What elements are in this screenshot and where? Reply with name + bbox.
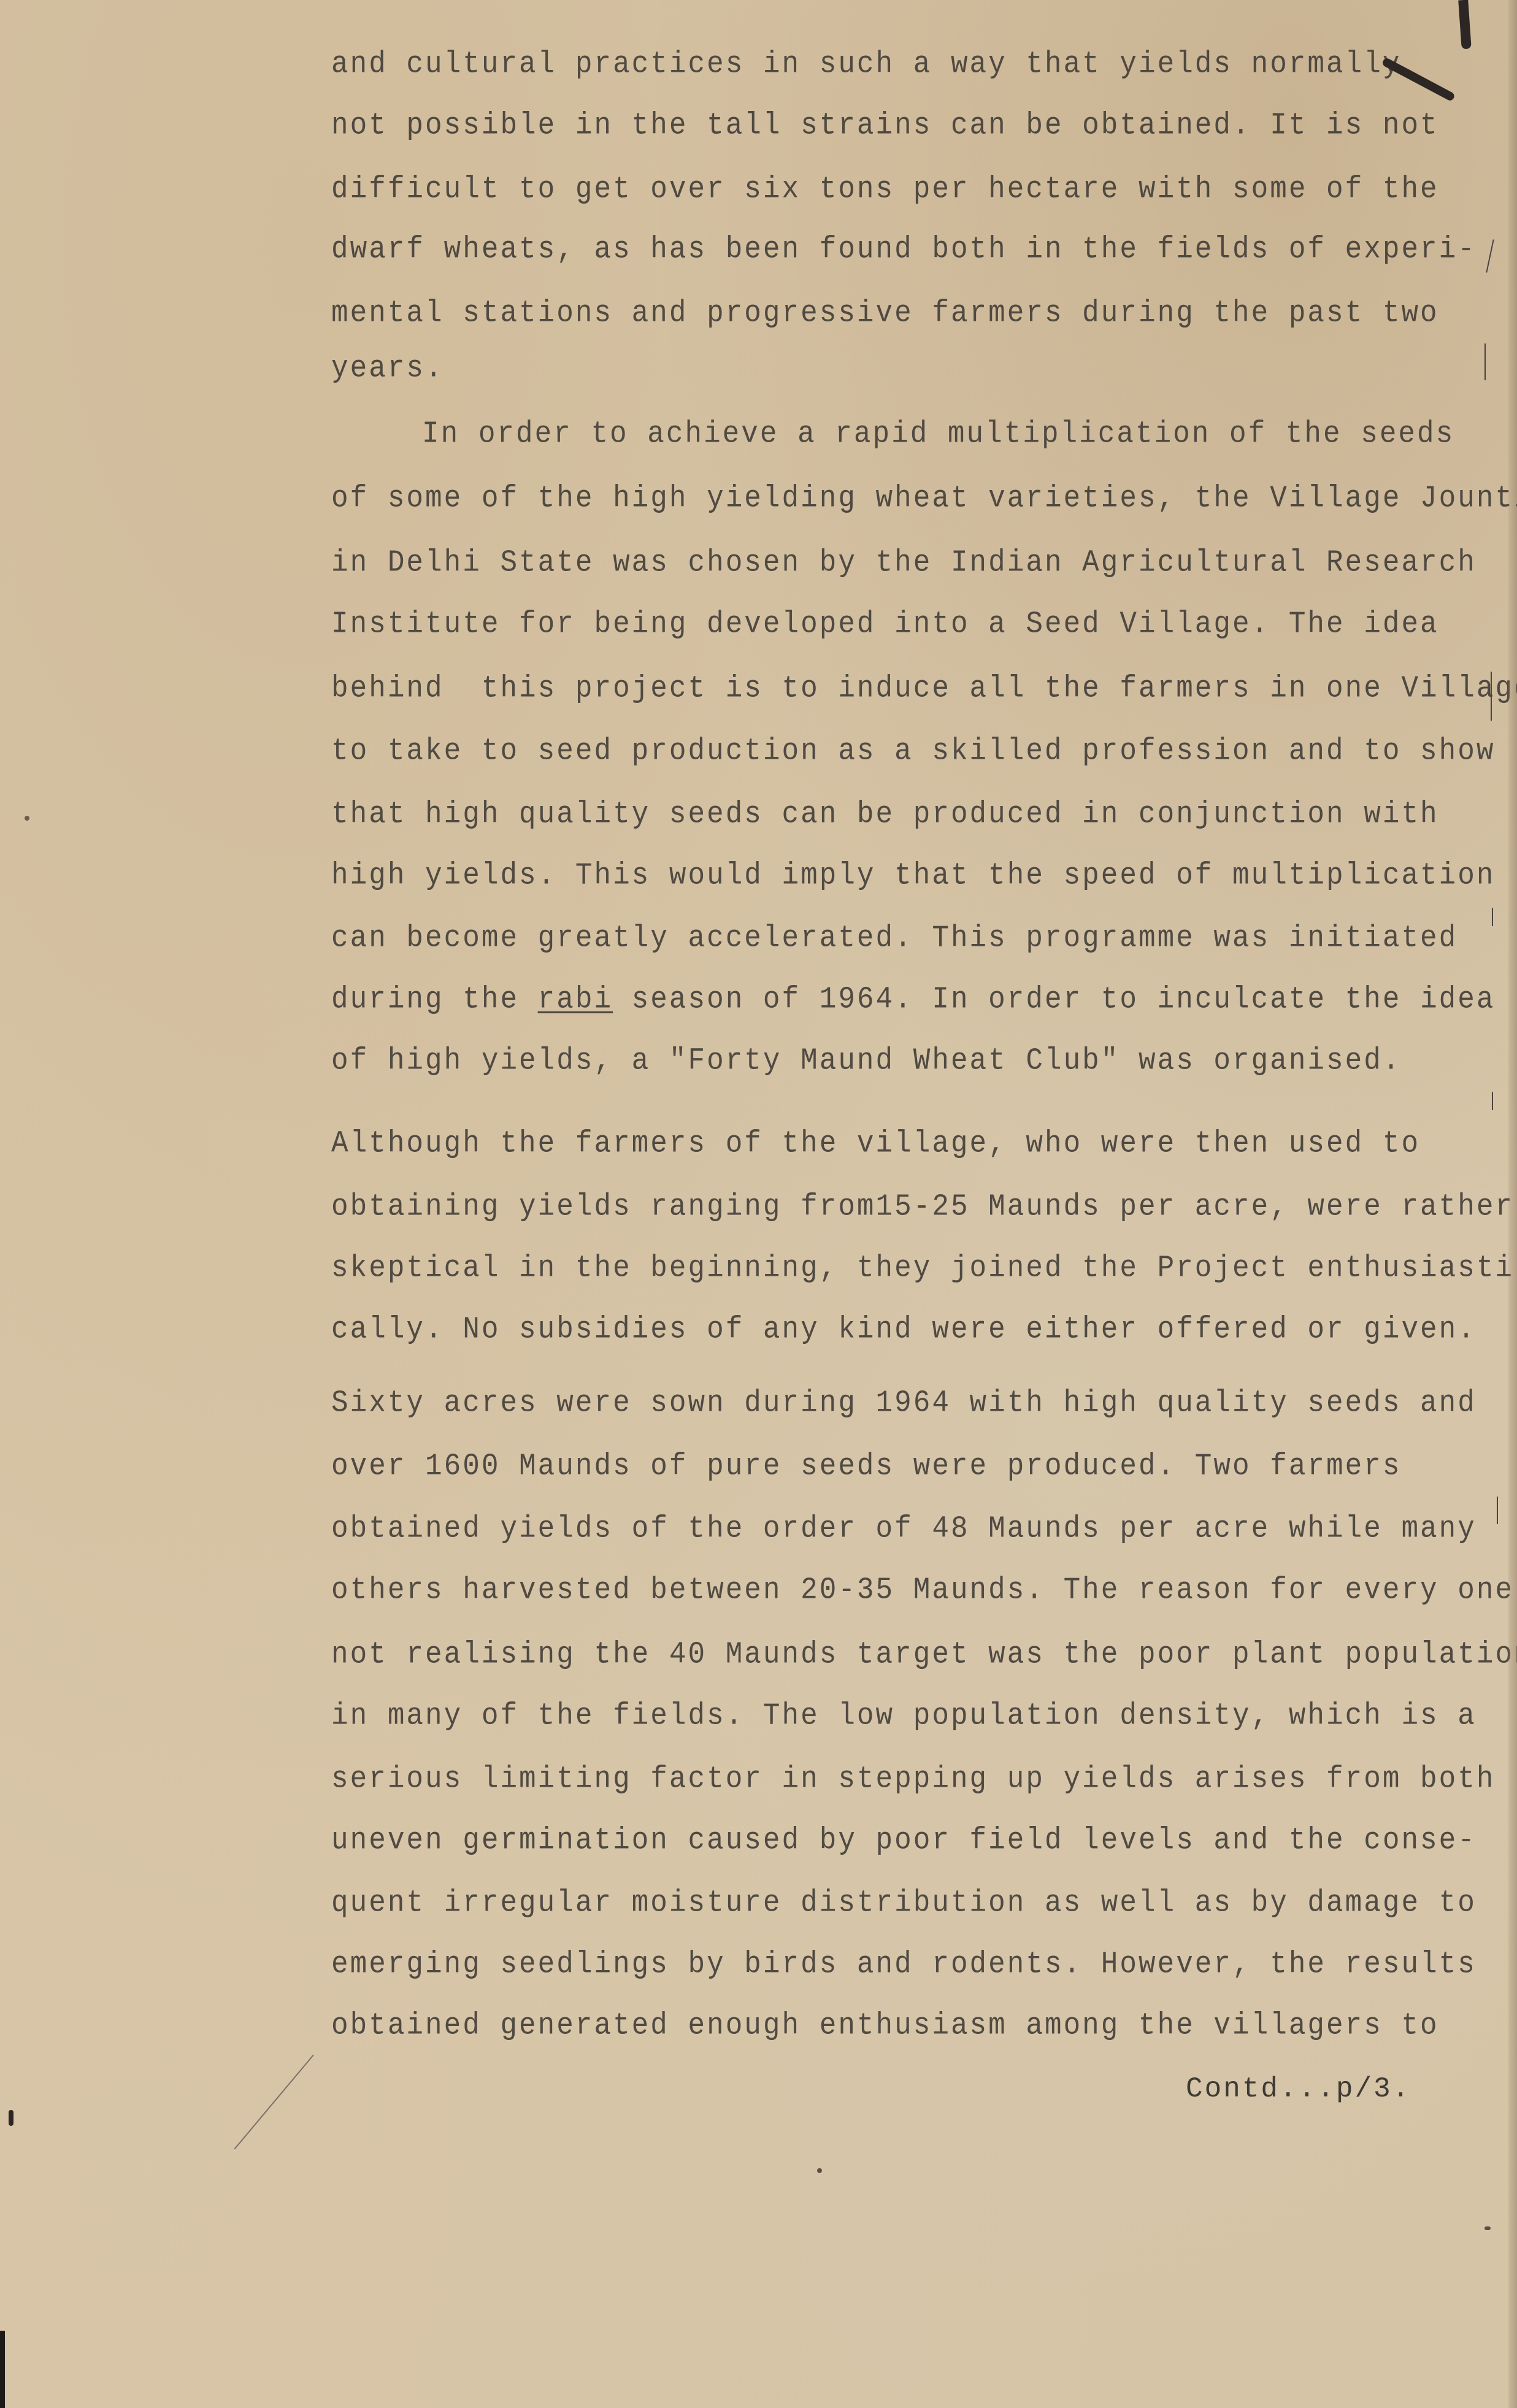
margin-line-mark	[1486, 239, 1494, 272]
text-line: not possible in the tall strains can be …	[331, 105, 1439, 145]
ink-vertical-mark	[1458, 0, 1472, 49]
text-line: high yields. This would imply that the s…	[331, 856, 1495, 895]
text-line: in Delhi State was chosen by the Indian …	[331, 543, 1477, 583]
margin-line-mark	[1492, 908, 1493, 926]
text-line: In order to achieve a rapid multiplicati…	[422, 414, 1454, 454]
text-line: over 1600 Maunds of pure seeds were prod…	[331, 1446, 1401, 1486]
text-line: difficult to get over six tons per hecta…	[331, 169, 1439, 209]
text-segment: season of 1964. In order to inculcate th…	[613, 982, 1495, 1016]
text-line: of high yields, a "Forty Maund Wheat Clu…	[331, 1041, 1401, 1081]
text-line: Institute for being developed into a See…	[331, 604, 1439, 644]
text-line: Although the farmers of the village, who…	[331, 1124, 1420, 1164]
text-line: skeptical in the beginning, they joined …	[331, 1248, 1517, 1288]
text-line: and cultural practices in such a way tha…	[331, 44, 1401, 84]
margin-line-mark	[1492, 1092, 1493, 1110]
pencil-stroke-mark	[234, 2055, 313, 2149]
text-line: uneven germination caused by poor field …	[331, 1820, 1477, 1860]
text-line: Sixty acres were sown during 1964 with h…	[331, 1383, 1477, 1423]
text-line: emerging seedlings by birds and rodents.…	[331, 1944, 1477, 1984]
margin-line-mark	[1497, 1497, 1498, 1524]
page-edge-shadow	[0, 2331, 5, 2408]
text-line-rabi: during the rabi season of 1964. In order…	[331, 980, 1496, 1019]
text-line: serious limiting factor in stepping up y…	[331, 1759, 1495, 1799]
margin-line-mark	[1491, 672, 1492, 721]
text-line: quent irregular moisture distribution as…	[331, 1883, 1477, 1923]
text-line: others harvested between 20-35 Maunds. T…	[331, 1570, 1514, 1610]
ink-dot-mark	[1484, 2226, 1491, 2230]
text-line: years.	[331, 348, 444, 388]
page-edge	[1508, 0, 1517, 2408]
text-line: in many of the fields. The low populatio…	[331, 1696, 1477, 1736]
margin-line-mark	[1484, 343, 1486, 380]
text-line: obtained yields of the order of 48 Maund…	[331, 1509, 1477, 1549]
ink-dot-mark	[9, 2110, 13, 2126]
document-page: and cultural practices in such a way tha…	[0, 0, 1517, 2408]
text-line: that high quality seeds can be produced …	[331, 794, 1439, 834]
text-line: to take to seed production as a skilled …	[331, 731, 1495, 771]
text-line: mental stations and progressive farmers …	[331, 293, 1439, 333]
text-line: cally. No subsidies of any kind were eit…	[331, 1309, 1477, 1349]
ink-dot-mark	[25, 816, 29, 821]
text-line: of some of the high yielding wheat varie…	[331, 478, 1517, 518]
ink-dot-mark	[817, 2168, 822, 2173]
text-line: not realising the 40 Maunds target was t…	[331, 1635, 1517, 1674]
underlined-term-rabi: rabi	[538, 982, 613, 1016]
text-line: obtained generated enough enthusiasm amo…	[331, 2006, 1439, 2046]
text-line: behind this project is to induce all the…	[331, 669, 1517, 708]
text-line: can become greatly accelerated. This pro…	[331, 918, 1457, 958]
text-line: obtaining yields ranging from15-25 Maund…	[331, 1187, 1514, 1227]
text-segment: during the	[331, 982, 538, 1016]
text-line: dwarf wheats, as has been found both in …	[331, 229, 1477, 269]
continuation-note: Contd...p/3.	[1186, 2073, 1411, 2105]
